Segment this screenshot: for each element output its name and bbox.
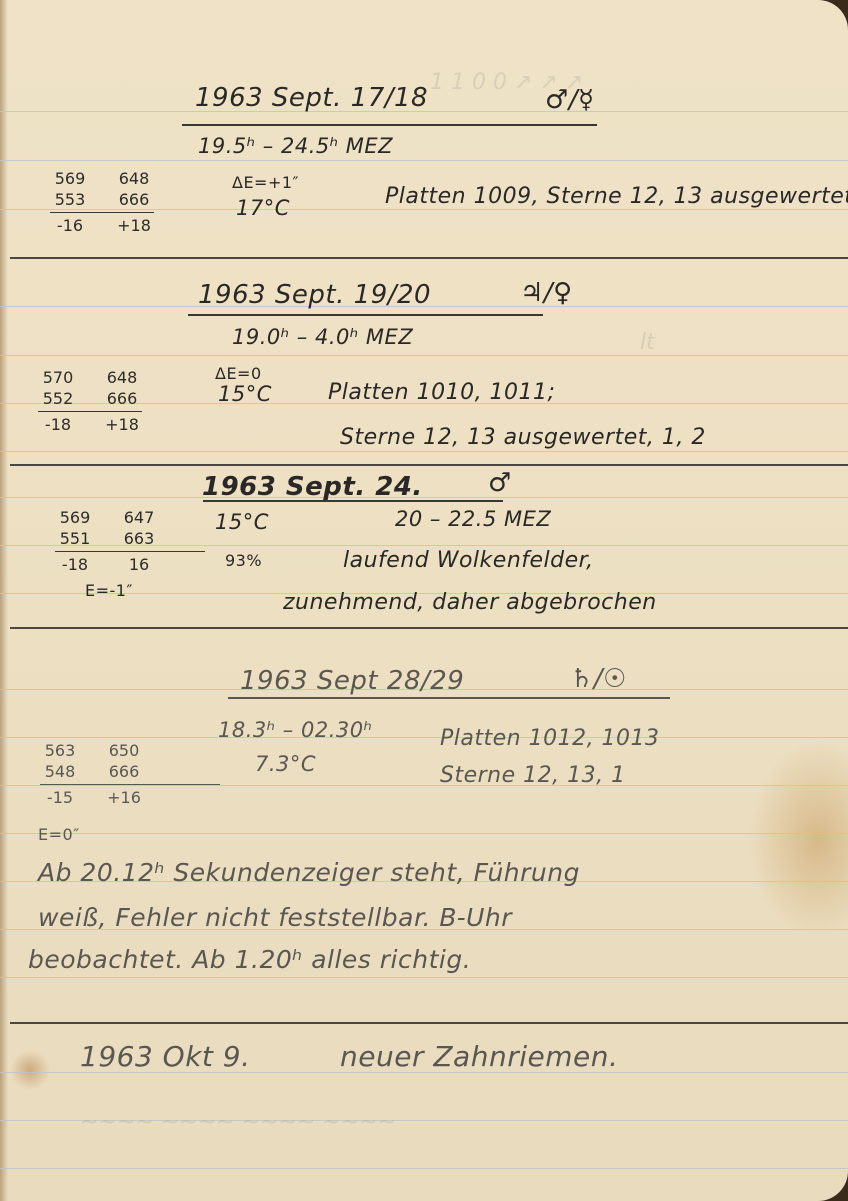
difference: -16 [50,215,90,236]
reading-calculation: 569648 553666 -16+18 [50,168,154,236]
reading-calculation: 570648 552666 -18+18 [38,367,142,435]
ruled-line [0,451,848,452]
difference: +18 [102,414,142,435]
difference: +16 [104,787,144,808]
note-line: Sterne 12, 13, 1 [440,763,626,788]
entry-title: 1963 Okt 9. [80,1040,251,1073]
value: 666 [102,388,142,409]
delta-e: E=-1″ [85,580,133,602]
planet-symbols: ♂/☿ [545,85,595,115]
note-line: Sterne 12, 13 ausgewertet, 1, 2 [340,425,706,450]
note-line: laufend Wolkenfelder, [343,548,594,573]
value: 563 [40,740,80,761]
value: 551 [55,528,95,549]
entry-title: 1963 Sept. 24. [202,472,423,502]
reading-calculation: 569647 551663 -1816 [55,507,205,575]
temperature: 17°C [236,196,290,220]
ruled-line [0,833,848,834]
note-line: zunehmend, daher abgebrochen [283,590,657,615]
planet-symbols: ♂ [488,468,512,498]
title-underline [188,314,543,316]
difference: 16 [119,554,159,575]
time-range: 20 – 22.5 MEZ [395,507,551,531]
ruled-line [0,497,848,498]
note-line: beobachtet. Ab 1.20ʰ alles richtig. [28,945,471,974]
value: 548 [40,761,80,782]
reading-calculation: 563650 548666 -15+16 [40,740,220,808]
title-underline [182,124,597,126]
title-underline [203,500,503,502]
delta-e: ΔE=+1″ [232,172,299,194]
difference: -18 [55,554,95,575]
time-range: 19.0ʰ – 4.0ʰ MEZ [232,325,413,349]
temperature: 15°C [218,382,272,406]
rust-spot [10,1050,50,1090]
note-line: Platten 1009, Sterne 12, 13 ausgewertet. [385,184,848,209]
note-line: Ab 20.12ʰ Sekundenzeiger steht, Führung [38,858,580,887]
value: 570 [38,367,78,388]
ruled-line [0,977,848,978]
value: 666 [104,761,144,782]
note-line: weiß, Fehler nicht feststellbar. B-Uhr [38,903,512,932]
difference: -15 [40,787,80,808]
note-line: neuer Zahnriemen. [340,1040,618,1073]
temperature: 7.3°C [255,752,316,776]
value: 647 [119,507,159,528]
ruled-line [0,355,848,356]
humidity: 93% [225,550,262,572]
difference: -18 [38,414,78,435]
temperature: 15°C [215,510,269,534]
planet-symbols: ♃/♀ [520,278,573,308]
section-divider [10,1022,848,1024]
entry-title: 1963 Sept. 19/20 [198,280,431,310]
value: 553 [50,189,90,210]
note-line: Platten 1010, 1011; [328,380,555,405]
value: 569 [50,168,90,189]
value: 552 [38,388,78,409]
section-divider [10,464,848,466]
notebook-page: 1 1 0 0 ↗ ↗ ↗ lt ~~~~ ~~~~ ~~~~ ~~~~ 196… [0,0,848,1201]
difference: +18 [114,215,154,236]
ruled-line [0,1168,848,1169]
time-range: 19.5ʰ – 24.5ʰ MEZ [198,134,393,158]
ruled-line [0,160,848,161]
delta-e: E=0″ [38,824,80,846]
value: 663 [119,528,159,549]
section-divider [10,257,848,259]
entry-title: 1963 Sept. 17/18 [195,83,428,113]
value: 569 [55,507,95,528]
section-divider [10,627,848,629]
entry-title: 1963 Sept 28/29 [240,666,464,696]
value: 650 [104,740,144,761]
time-range: 18.3ʰ – 02.30ʰ [218,718,372,742]
title-underline [228,697,670,699]
water-stain [748,740,848,940]
note-line: Platten 1012, 1013 [440,726,660,751]
value: 666 [114,189,154,210]
planet-symbols: ♄/☉ [570,664,627,694]
value: 648 [102,367,142,388]
ruled-line [0,737,848,738]
value: 648 [114,168,154,189]
